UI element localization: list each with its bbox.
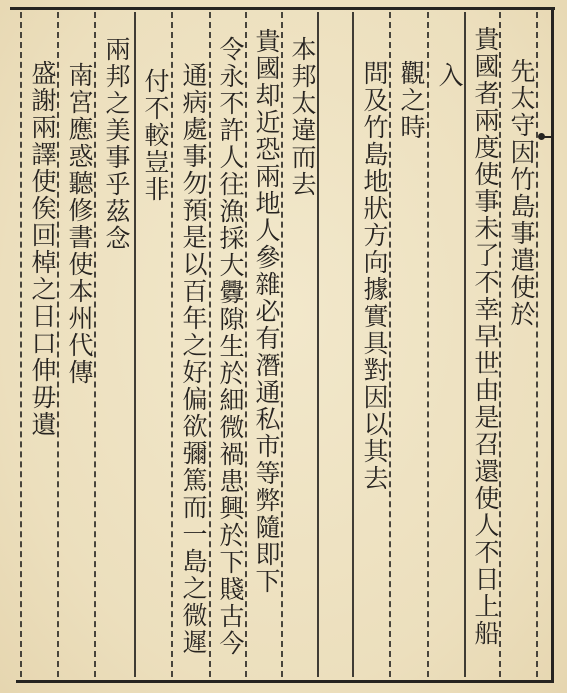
text-column-k: 付不較豈非 — [136, 68, 170, 203]
frame-right-border — [551, 7, 554, 683]
column-rule — [352, 12, 354, 677]
text-column-a: 先太守因竹島事遣使於 — [502, 58, 536, 328]
frame-bottom-border — [16, 680, 552, 683]
text-column-l: 兩邦之美事乎茲念 — [97, 36, 131, 252]
text-column-i: 令永不許人往漁採大釁隙生於細微禍患興於下賤古今 — [211, 36, 245, 657]
text-column-h: 貴國却近恐兩地人參雜必有潛通私市等弊隨即下 — [247, 28, 281, 595]
text-column-e: 問及竹島地狀方向據實具對因以其去 — [355, 60, 389, 492]
fishtail-dot-icon — [538, 133, 545, 140]
column-rule — [536, 12, 538, 677]
column-rule — [427, 12, 429, 677]
text-column-b: 貴國者兩度使事未了不幸早世由是召還使人不日上船 — [466, 26, 500, 647]
text-column-g: 本邦太違而去 — [283, 36, 317, 198]
column-rule — [317, 12, 319, 677]
text-column-c: 入 — [430, 62, 464, 89]
column-rule — [94, 12, 96, 677]
frame-top-border — [10, 7, 555, 10]
document-page: 先太守因竹島事遣使於 貴國者兩度使事未了不幸早世由是召還使人不日上船 入 觀之時… — [0, 0, 567, 693]
text-column-m: 南宮應惑聽修書使本州代傳 — [60, 62, 94, 386]
column-rule — [57, 12, 59, 677]
text-column-j: 通病處事勿預是以百年之好偏欲彌篤而一島之微遲 — [174, 62, 208, 656]
text-column-d: 觀之時 — [392, 60, 426, 141]
column-rule — [171, 12, 173, 677]
text-column-n: 盛謝兩譯使俟回棹之日口伸毋遺 — [23, 60, 57, 438]
column-rule — [20, 12, 22, 677]
column-rule — [389, 12, 391, 677]
